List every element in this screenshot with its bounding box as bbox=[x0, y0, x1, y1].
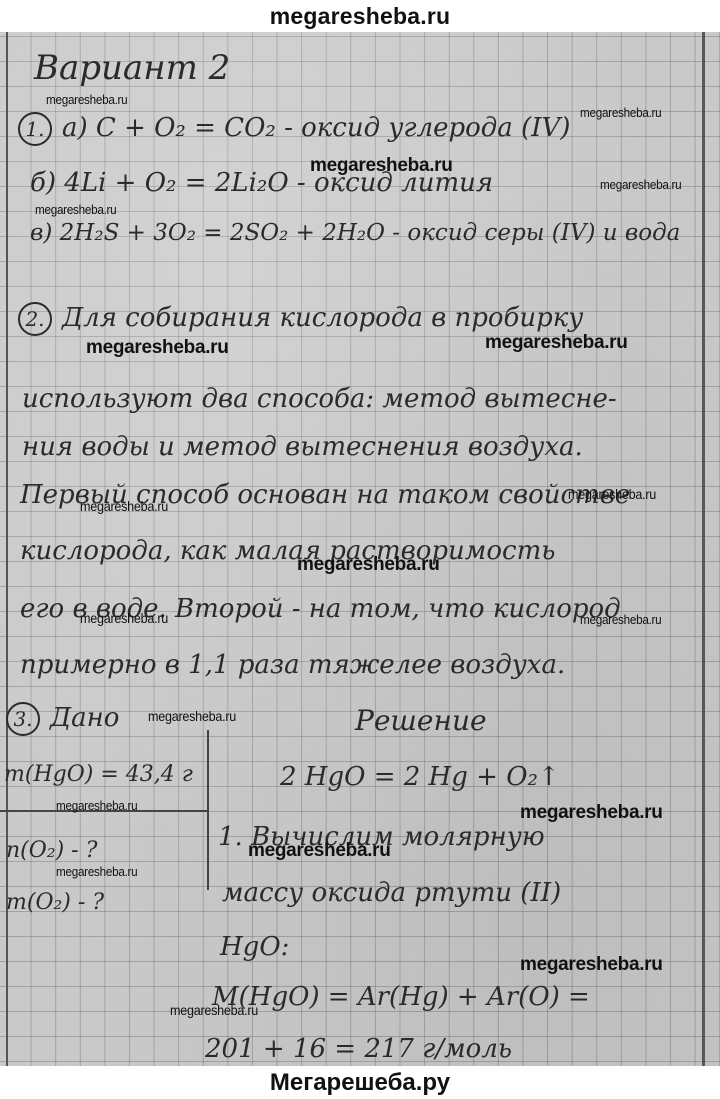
solution-molar-mass-formula: M(HgO) = Ar(Hg) + Ar(O) = bbox=[212, 982, 590, 1012]
task1-line-a: 1.а) C + O₂ = CO₂ - оксид углерода (IV) bbox=[18, 112, 570, 146]
task2-line-2: используют два способа: метод вытесне- bbox=[22, 384, 617, 414]
task1-line-c: в) 2H₂S + 3O₂ = 2SO₂ + 2H₂O - оксид серы… bbox=[30, 220, 680, 246]
watermark: megaresheba.ru bbox=[580, 612, 661, 627]
variant-title: Вариант 2 bbox=[34, 48, 230, 88]
page-margin-line-right bbox=[702, 32, 705, 1066]
task2-text-1: Для собирания кислорода в пробирку bbox=[62, 303, 583, 333]
watermark: megaresheba.ru bbox=[485, 332, 628, 354]
watermark: megaresheba.ru bbox=[56, 798, 137, 813]
watermark: megaresheba.ru bbox=[297, 554, 440, 576]
watermark: megaresheba.ru bbox=[80, 610, 168, 626]
watermark: megaresheba.ru bbox=[310, 155, 453, 177]
task3-given-heading: 3.Дано bbox=[6, 702, 119, 736]
watermark: megaresheba.ru bbox=[80, 498, 168, 514]
solution-step1-line2: массу оксида ртути (II) bbox=[222, 878, 561, 908]
find-m-o2: m(O₂) - ? bbox=[6, 890, 104, 915]
task3-number: 3. bbox=[6, 702, 40, 736]
given-heading-text: Дано bbox=[50, 703, 119, 733]
task2-number: 2. bbox=[18, 302, 52, 336]
solution-hgo-label: HgO: bbox=[220, 932, 289, 962]
watermark: megaresheba.ru bbox=[600, 177, 681, 192]
watermark: megaresheba.ru bbox=[35, 202, 116, 217]
task1-text-a: а) C + O₂ = CO₂ - оксид углерода (IV) bbox=[62, 113, 570, 143]
task2-line-1: 2.Для собирания кислорода в пробирку bbox=[18, 302, 583, 336]
notebook-page-photo: Вариант 2 1.а) C + O₂ = CO₂ - оксид угле… bbox=[0, 32, 720, 1066]
solution-molar-mass-result: 201 + 16 = 217 г/моль bbox=[205, 1034, 512, 1064]
task3-solution-heading: Решение bbox=[355, 704, 487, 737]
site-banner-bottom[interactable]: Мегарешеба.ру bbox=[0, 1066, 720, 1099]
task1-number: 1. bbox=[18, 112, 52, 146]
watermark: megaresheba.ru bbox=[148, 708, 236, 724]
watermark: megaresheba.ru bbox=[568, 486, 656, 502]
site-banner-top[interactable]: megaresheba.ru bbox=[0, 0, 720, 32]
watermark: megaresheba.ru bbox=[248, 840, 391, 862]
given-divider-vertical bbox=[207, 730, 209, 890]
watermark: megaresheba.ru bbox=[170, 1002, 258, 1018]
watermark: megaresheba.ru bbox=[46, 92, 127, 107]
given-mass-hgo: m(HgO) = 43,4 г bbox=[4, 762, 193, 787]
task2-line-5: кислорода, как малая растворимость bbox=[20, 536, 555, 566]
find-n-o2: n(O₂) - ? bbox=[6, 838, 97, 863]
watermark: megaresheba.ru bbox=[520, 802, 663, 824]
task2-line-7: примерно в 1,1 раза тяжелее воздуха. bbox=[20, 650, 565, 680]
solution-equation: 2 HgO = 2 Hg + O₂↑ bbox=[280, 762, 560, 792]
watermark: megaresheba.ru bbox=[520, 954, 663, 976]
watermark: megaresheba.ru bbox=[580, 105, 661, 120]
watermark: megaresheba.ru bbox=[86, 337, 229, 359]
watermark: megaresheba.ru bbox=[56, 864, 137, 879]
task2-line-3: ния воды и метод вытеснения воздуха. bbox=[22, 432, 583, 462]
